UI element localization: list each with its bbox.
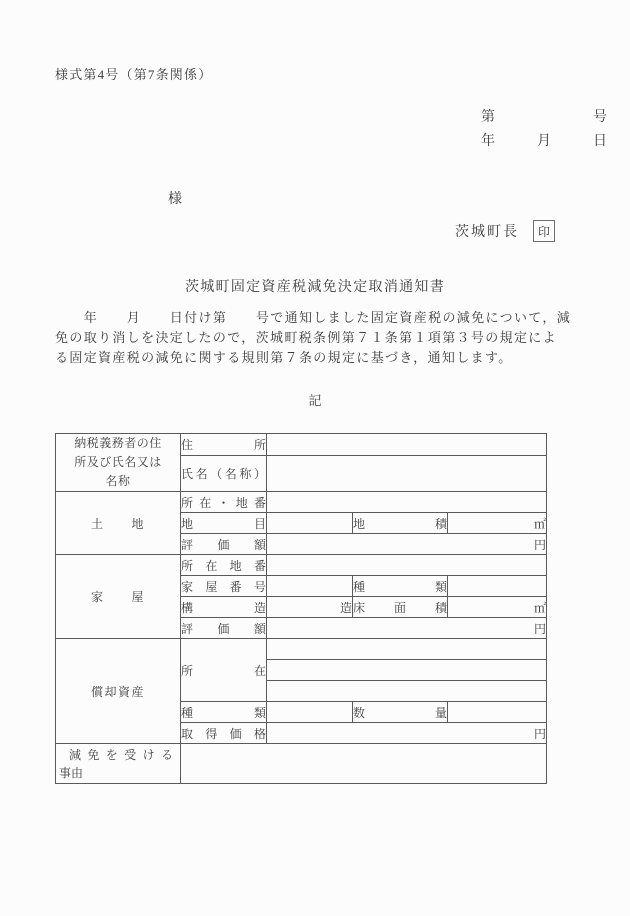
body-line: 年 月 日付け第 号で通知しました固定資産税の減免について，減 — [55, 308, 585, 328]
document-page: 様式第4号（第7条関係） 第 号 年 月 日 様 茨城町長 印 茨城町固定資産税… — [0, 0, 630, 916]
sender-line: 茨城町長 印 — [455, 220, 555, 242]
depreciable-kind-value-cell — [267, 702, 353, 723]
taxpayer-header-line: 名称 — [56, 472, 180, 491]
building-assessed-value-cell: 円 — [267, 618, 547, 639]
land-area-label: 地積 — [353, 513, 448, 534]
building-number-value-cell — [267, 576, 353, 597]
building-floor-area-value-cell: ㎡ — [448, 597, 547, 618]
land-section-header: 土 地 — [56, 492, 181, 555]
form-number: 様式第4号（第7条関係） — [55, 64, 212, 83]
record-marker: 記 — [0, 390, 630, 409]
taxpayer-address-value-cell — [267, 434, 547, 456]
building-assessed-label: 評価額 — [181, 618, 267, 639]
building-floor-area-label: 床面積 — [353, 597, 448, 618]
depreciable-kind-label: 種類 — [181, 702, 267, 723]
building-location-label: 所在地番 — [181, 555, 267, 576]
body-line: る固定資産税の減免に関する規則第７条の規定に基づき，通知します。 — [55, 348, 585, 368]
table-row: 納税義務者の住 所及び氏名又は 名称 住所 — [56, 434, 547, 456]
seal-label: 印 — [538, 223, 550, 240]
building-kind-label: 種類 — [353, 576, 448, 597]
depreciable-location-value-cell-1 — [267, 639, 547, 660]
doc-number-suffix: 号 — [593, 106, 607, 126]
depreciable-price-label: 取得価格 — [181, 723, 267, 744]
taxpayer-name-value-cell — [267, 456, 547, 492]
taxpayer-section-header: 納税義務者の住 所及び氏名又は 名称 — [56, 434, 181, 492]
sender-title: 茨城町長 — [455, 221, 519, 241]
reason-value-cell — [181, 744, 547, 784]
land-location-value-cell — [267, 492, 547, 513]
body-paragraph: 年 月 日付け第 号で通知しました固定資産税の減免について，減 免の取り消しを決… — [55, 308, 585, 368]
building-location-value-cell — [267, 555, 547, 576]
land-assessed-label: 評価額 — [181, 534, 267, 555]
body-line: 免の取り消しを決定したので，茨城町税条例第７１条第１項第３号の規定によ — [55, 328, 585, 348]
land-area-value-cell: ㎡ — [448, 513, 547, 534]
table-row: 家 屋 所在地番 — [56, 555, 547, 576]
depreciable-location-value-cell-2 — [267, 660, 547, 681]
depreciable-quantity-label: 数量 — [353, 702, 448, 723]
date-year-label: 年 — [481, 130, 495, 150]
taxpayer-name-label: 氏名（名称） — [181, 456, 267, 492]
reason-section-header: 減免を受ける 事由 — [56, 744, 181, 784]
table-row: 償却資産 所在 — [56, 639, 547, 660]
date-day-label: 日 — [593, 130, 607, 150]
building-number-label: 家屋番号 — [181, 576, 267, 597]
table-row: 減免を受ける 事由 — [56, 744, 547, 784]
date-month-label: 月 — [537, 130, 551, 150]
building-structure-label: 構造 — [181, 597, 267, 618]
land-assessed-value-cell: 円 — [267, 534, 547, 555]
land-category-value-cell — [267, 513, 353, 534]
reason-header-line: 事由 — [56, 764, 180, 782]
page-title: 茨城町固定資産税減免決定取消通知書 — [0, 276, 630, 296]
table-row: 土 地 所在・地番 — [56, 492, 547, 513]
depreciable-price-value-cell: 円 — [267, 723, 547, 744]
taxpayer-header-line: 納税義務者の住 — [56, 434, 180, 453]
land-category-label: 地目 — [181, 513, 267, 534]
document-number-line: 第 号 — [481, 106, 607, 126]
depreciable-location-label: 所在 — [181, 639, 267, 702]
seal-stamp-box: 印 — [533, 220, 555, 242]
taxpayer-address-label: 住所 — [181, 434, 267, 456]
depreciable-location-value-cell-3 — [267, 681, 547, 702]
notice-detail-table: 納税義務者の住 所及び氏名又は 名称 住所 氏名（名称） 土 地 所在・地番 — [55, 433, 547, 784]
date-line: 年 月 日 — [481, 130, 607, 150]
building-kind-value-cell — [448, 576, 547, 597]
building-structure-value-cell: 造 — [267, 597, 353, 618]
taxpayer-header-line: 所及び氏名又は — [56, 453, 180, 472]
addressee-honorific: 様 — [168, 188, 182, 208]
reason-header-line: 減免を受ける — [56, 746, 180, 764]
doc-number-prefix: 第 — [481, 106, 495, 126]
land-location-label: 所在・地番 — [181, 492, 267, 513]
depreciable-section-header: 償却資産 — [56, 639, 181, 744]
building-section-header: 家 屋 — [56, 555, 181, 639]
depreciable-quantity-value-cell — [448, 702, 547, 723]
